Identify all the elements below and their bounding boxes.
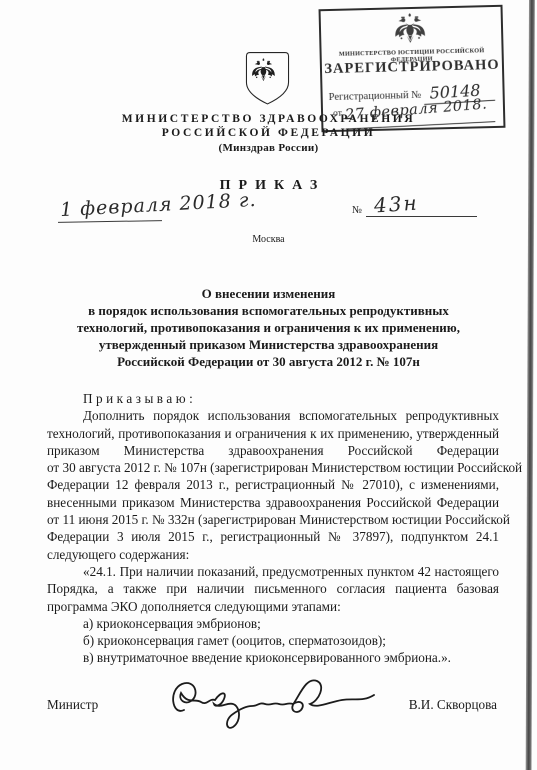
body-list-item-v: в) внутриматочное введение криоконсервир… <box>47 649 499 666</box>
minister-name: В.И. Скворцова <box>409 697 497 713</box>
body-line: следующего содержания: <box>47 546 499 563</box>
body-line: Дополнить порядок использования вспомога… <box>47 407 499 424</box>
stamp-registered-label: ЗАРЕГИСТРИРОВАНО <box>322 57 502 78</box>
body-list-item-a: а) криоконсервация эмбрионов; <box>47 615 499 632</box>
body-opening: Приказываю: <box>47 390 499 407</box>
body-line: Федерации 12 февраля 2013 г., регистраци… <box>47 476 499 493</box>
title-line: Российской Федерации от 30 августа 2012 … <box>40 353 497 370</box>
city-label: Москва <box>0 234 537 245</box>
double-headed-eagle-icon <box>393 11 428 48</box>
handwritten-signature-icon <box>162 672 392 738</box>
document-type-heading: ПРИКАЗ <box>0 178 537 194</box>
body-line: Порядка, а также при наличии письменного… <box>47 580 499 597</box>
minister-position-label: Министр <box>47 697 98 713</box>
title-line: утвержденный приказом Министерства здрав… <box>40 336 497 353</box>
document-page: МИНИСТЕРСТВО ЮСТИЦИИ РОССИЙСКОЙ ФЕДЕРАЦИ… <box>0 0 537 770</box>
title-line: в порядок использования вспомогательных … <box>40 302 497 319</box>
body-line: приказом Министерства здравоохранения Ро… <box>47 442 499 459</box>
title-line: технологий, противопоказания и ограничен… <box>40 319 497 336</box>
coat-of-arms-shield-icon <box>245 51 290 106</box>
order-number-label: № <box>352 205 362 216</box>
order-number-handwritten: 43н <box>373 190 419 217</box>
body-line: от 30 августа 2012 г. № 107н (зарегистри… <box>47 459 499 476</box>
order-date-underline <box>58 220 162 223</box>
body-line: Федерации 3 июля 2015 г., регистрационны… <box>47 528 499 545</box>
ministry-short-name: (Минздрав России) <box>0 142 537 154</box>
ministry-name-line1: МИНИСТЕРСТВО ЗДРАВООХРАНЕНИЯ <box>0 113 537 125</box>
body-line: программа ЭКО дополняется следующими эта… <box>47 598 499 615</box>
body-list-item-b: б) криоконсервация гамет (ооцитов, сперм… <box>47 632 499 649</box>
order-title: О внесении изменения в порядок использов… <box>40 285 497 370</box>
stamp-reg-number-label: Регистрационный № <box>329 90 422 103</box>
order-body: Приказываю: Дополнить порядок использова… <box>47 390 499 667</box>
order-number-underline <box>366 216 477 217</box>
body-line: внесенными приказом Министерства здравоо… <box>47 494 499 511</box>
body-line: технологий, противопоказания и ограничен… <box>47 425 499 442</box>
body-line: от 11 июня 2015 г. № 332н (зарегистриров… <box>47 511 499 528</box>
ministry-name-line2: РОССИЙСКОЙ ФЕДЕРАЦИИ <box>0 127 537 139</box>
title-line: О внесении изменения <box>40 285 497 302</box>
body-line: «24.1. При наличии показаний, предусмотр… <box>47 563 499 580</box>
